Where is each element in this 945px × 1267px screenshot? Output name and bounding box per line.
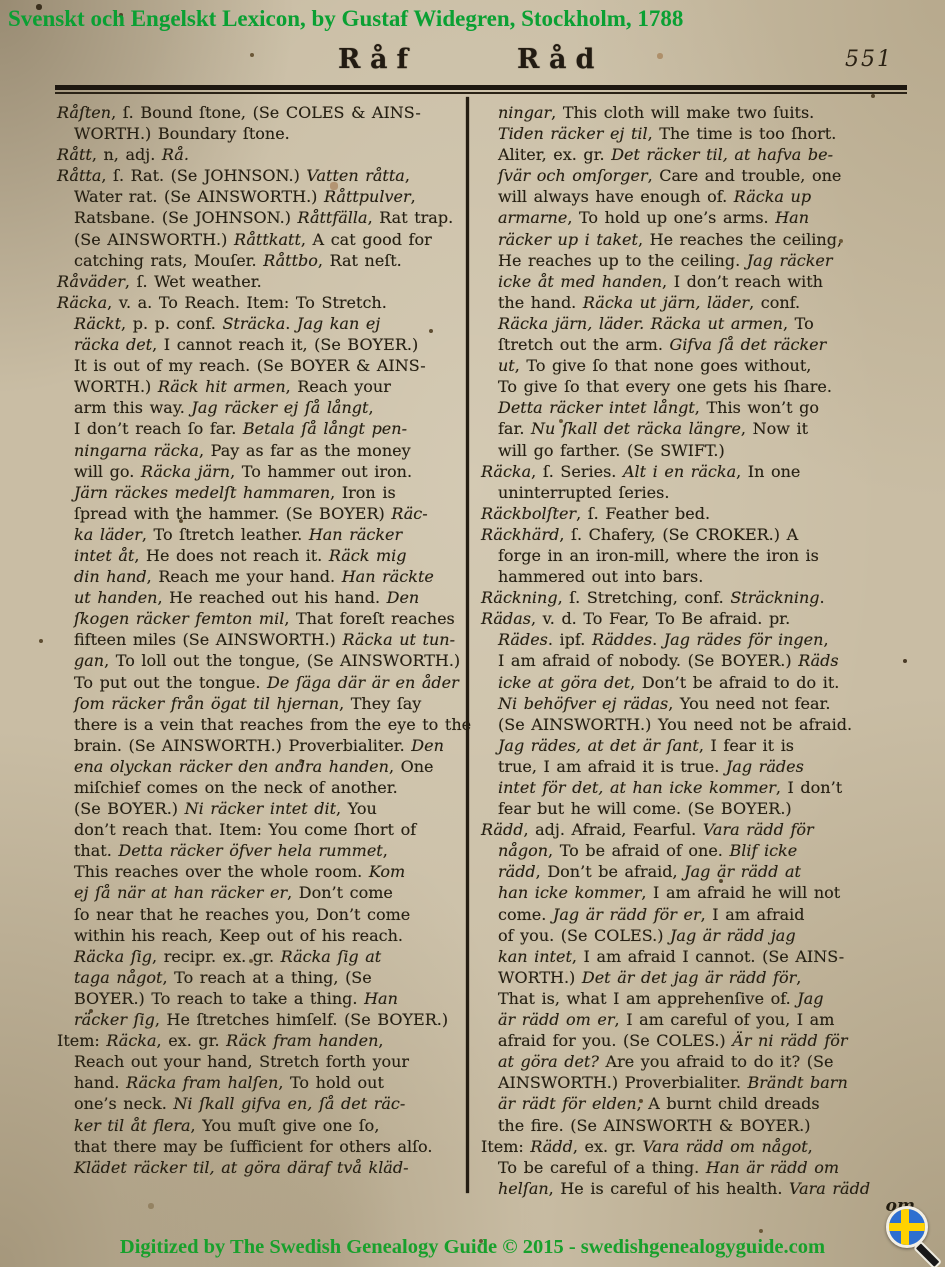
text-line: ſtretch out the arm. Gifva ſå det räcker [481, 334, 911, 355]
text-line: intet för det, at han icke kommer, I don… [481, 777, 911, 798]
text-line: armarne, To hold up one’s arms. Han [481, 207, 911, 228]
bottom-caption: Digitized by The Swedish Genealogy Guide… [0, 1236, 945, 1259]
text-line: Ni behöfver ej rädas, You need not fear. [481, 693, 911, 714]
text-line: Tiden räcker ej til, The time is too ſho… [481, 123, 911, 144]
text-line: This reaches over the whole room. Kom [57, 861, 459, 882]
header-rule [55, 85, 907, 95]
text-line: Räckhärd, ſ. Chafery, (Se CROKER.) A [481, 524, 911, 545]
text-line: the fire. (Se AINSWORTH & BOYER.) [481, 1115, 911, 1136]
top-caption: Svenskt och Engelskt Lexicon, by Gustaf … [8, 6, 683, 32]
text-line: Räckt, p. p. conf. Sträcka. Jag kan ej [57, 313, 459, 334]
text-line: Räckbolſter, ſ. Feather bed. [481, 503, 911, 524]
text-line: Aliter, ex. gr. Det räcker til, at hafva… [481, 144, 911, 165]
column-right: ningar, This cloth will make two ſuits.T… [481, 102, 911, 1199]
text-line: Rått, n, adj. Rå. [57, 144, 459, 165]
text-line: that. Detta räcker öfver hela rummet, [57, 840, 459, 861]
text-line: hammered out into bars. [481, 566, 911, 587]
text-line: there is a vein that reaches from the ey… [57, 714, 459, 735]
text-line: någon, To be afraid of one. Blif icke [481, 840, 911, 861]
text-line: WORTH.) Räck hit armen, Reach your [57, 376, 459, 397]
text-line: will go. Räcka järn, To hammer out iron. [57, 461, 459, 482]
text-line: icke at göra det, Don’t be afraid to do … [481, 672, 911, 693]
text-line: ſom räcker från ögat til hjernan, They ſ… [57, 693, 459, 714]
text-line: I am afraid of nobody. (Se BOYER.) Räds [481, 650, 911, 671]
text-line: arm this way. Jag räcker ej ſå långt, [57, 397, 459, 418]
text-line: Water rat. (Se AINSWORTH.) Råttpulver, [57, 186, 459, 207]
text-line: catching rats, Mouſer. Råttbo, Rat neſt. [57, 250, 459, 271]
text-line: intet åt, He does not reach it. Räck mig [57, 545, 459, 566]
flag-cross-horizontal [889, 1223, 925, 1231]
text-line: är rädd om er, I am careful of you, I am [481, 1009, 911, 1030]
text-line: uninterrupted ſeries. [481, 482, 911, 503]
column-divider [466, 97, 469, 1193]
text-line: He reaches up to the ceiling. Jag räcker [481, 250, 911, 271]
text-line: är rädt för elden, A burnt child dreads [481, 1093, 911, 1114]
text-line: Råväder, ſ. Wet weather. [57, 271, 459, 292]
page-number: 551 [845, 47, 893, 72]
text-line: räcker up i taket, He reaches the ceilin… [481, 229, 911, 250]
text-line: Räcka, v. a. To Reach. Item: To Stretch. [57, 292, 459, 313]
text-line: hand. Räcka fram halſen, To hold out [57, 1072, 459, 1093]
text-line: That is, what I am apprehenſive of. Jag [481, 988, 911, 1009]
text-line: Räcka, ſ. Series. Alt i en räcka, In one [481, 461, 911, 482]
text-line: Item: Räcka, ex. gr. Räck fram handen, [57, 1030, 459, 1051]
text-line: ſvär och omſorger, Care and trouble, one [481, 165, 911, 186]
text-line: To be careful of a thing. Han är rädd om [481, 1157, 911, 1178]
column-left: Råſten, ſ. Bound ſtone, (Se COLES & AINS… [57, 102, 459, 1178]
header-keyword-left: Råf [338, 44, 417, 75]
text-line: true, I am afraid it is true. Jag rädes [481, 756, 911, 777]
text-line: ningarna räcka, Pay as far as the money [57, 440, 459, 461]
text-line: I don’t reach ſo far. Betala ſå långt pe… [57, 418, 459, 439]
text-line: Räcka ſig, recipr. ex. gr. Räcka ſig at [57, 946, 459, 967]
text-line: Råtta, ſ. Rat. (Se JOHNSON.) Vatten rått… [57, 165, 459, 186]
text-line: come. Jag är rädd för er, I am afraid [481, 904, 911, 925]
text-line: To give ſo that every one gets his ſhare… [481, 376, 911, 397]
text-line: miſchief comes on the neck of another. [57, 777, 459, 798]
text-line: It is out of my reach. (Se BOYER & AINS- [57, 355, 459, 376]
text-line: AINSWORTH.) Proverbialiter. Brändt barn [481, 1072, 911, 1093]
text-line: Reach out your hand, Stretch forth your [57, 1051, 459, 1072]
text-line: within his reach, Keep out of his reach. [57, 925, 459, 946]
text-line: will go farther. (Se SWIFT.) [481, 440, 911, 461]
text-line: don’t reach that. Item: You come ſhort o… [57, 819, 459, 840]
text-line: (Se AINSWORTH.) You need not be afraid. [481, 714, 911, 735]
text-line: fear but he will come. (Se BOYER.) [481, 798, 911, 819]
text-line: Råſten, ſ. Bound ſtone, (Se COLES & AINS… [57, 102, 459, 123]
text-line: that there may be ſufficient for others … [57, 1136, 459, 1157]
text-line: ſpread with the hammer. (Se BOYER) Räc- [57, 503, 459, 524]
text-line: icke åt med handen, I don’t reach with [481, 271, 911, 292]
text-line: ut, To give ſo that none goes without, [481, 355, 911, 376]
text-line: Järn räckes medelſt hammaren, Iron is [57, 482, 459, 503]
paper-specks [0, 0, 2, 2]
text-line: Räcka järn, läder. Räcka ut armen, To [481, 313, 911, 334]
text-line: ſkogen räcker femton mil, That foreſt re… [57, 608, 459, 629]
text-line: WORTH.) Det är det jag är rädd för, [481, 967, 911, 988]
text-line: will always have enough of. Räcka up [481, 186, 911, 207]
text-line: ej ſå när at han räcker er, Don’t come [57, 882, 459, 903]
text-line: räcker ſig, He ſtretches himſelf. (Se BO… [57, 1009, 459, 1030]
text-line: rädd, Don’t be afraid, Jag är rädd at [481, 861, 911, 882]
text-line: afraid for you. (Se COLES.) Är ni rädd f… [481, 1030, 911, 1051]
text-line: WORTH.) Boundary ſtone. [57, 123, 459, 144]
text-line: BOYER.) To reach to take a thing. Han [57, 988, 459, 1009]
text-line: To put out the tongue. De ſäga där är en… [57, 672, 459, 693]
text-line: ka läder, To ſtretch leather. Han räcker [57, 524, 459, 545]
text-line: han icke kommer, I am afraid he will not [481, 882, 911, 903]
text-line: forge in an iron-mill, where the iron is [481, 545, 911, 566]
text-line: far. Nu ſkall det räcka längre, Now it [481, 418, 911, 439]
text-line: Rädd, adj. Afraid, Fearful. Vara rädd fö… [481, 819, 911, 840]
text-line: Räckning, ſ. Stretching, conf. Sträcknin… [481, 587, 911, 608]
header-keyword-right: Råd [517, 44, 603, 75]
text-line: ſo near that he reaches you, Don’t come [57, 904, 459, 925]
text-line: ut handen, He reached out his hand. Den [57, 587, 459, 608]
text-line: ker til åt flera, You muſt give one ſo, [57, 1115, 459, 1136]
text-line: Rädas, v. d. To Fear, To Be afraid. pr. [481, 608, 911, 629]
text-line: din hand, Reach me your hand. Han räckte [57, 566, 459, 587]
text-line: Detta räcker intet långt, This won’t go [481, 397, 911, 418]
text-line: at göra det? Are you afraid to do it? (S… [481, 1051, 911, 1072]
text-line: (Se BOYER.) Ni räcker intet dit, You [57, 798, 459, 819]
text-line: of you. (Se COLES.) Jag är rädd jag [481, 925, 911, 946]
text-line: räcka det, I cannot reach it, (Se BOYER.… [57, 334, 459, 355]
text-line: Rädes. ipf. Räddes. Jag rädes för ingen, [481, 629, 911, 650]
text-line: gan, To loll out the tongue, (Se AINSWOR… [57, 650, 459, 671]
scanned-dictionary-page: Svenskt och Engelskt Lexicon, by Gustaf … [0, 0, 945, 1267]
text-line: Ratsbane. (Se JOHNSON.) Råttfälla, Rat t… [57, 207, 459, 228]
text-line: Klädet räcker til, at göra däraf två klä… [57, 1157, 459, 1178]
text-line: kan intet, I am afraid I cannot. (Se AIN… [481, 946, 911, 967]
text-line: one’s neck. Ni ſkall gifva en, ſå det rä… [57, 1093, 459, 1114]
text-line: ena olyckan räcker den andra handen, One [57, 756, 459, 777]
text-line: the hand. Räcka ut järn, läder, conf. [481, 292, 911, 313]
text-line: Jag rädes, at det är ſant, I fear it is [481, 735, 911, 756]
text-line: ningar, This cloth will make two ſuits. [481, 102, 911, 123]
text-line: Item: Rädd, ex. gr. Vara rädd om något, [481, 1136, 911, 1157]
text-line: brain. (Se AINSWORTH.) Proverbialiter. D… [57, 735, 459, 756]
text-line: taga något, To reach at a thing, (Se [57, 967, 459, 988]
text-line: fifteen miles (Se AINSWORTH.) Räcka ut t… [57, 629, 459, 650]
text-line: (Se AINSWORTH.) Råttkatt, A cat good for [57, 229, 459, 250]
